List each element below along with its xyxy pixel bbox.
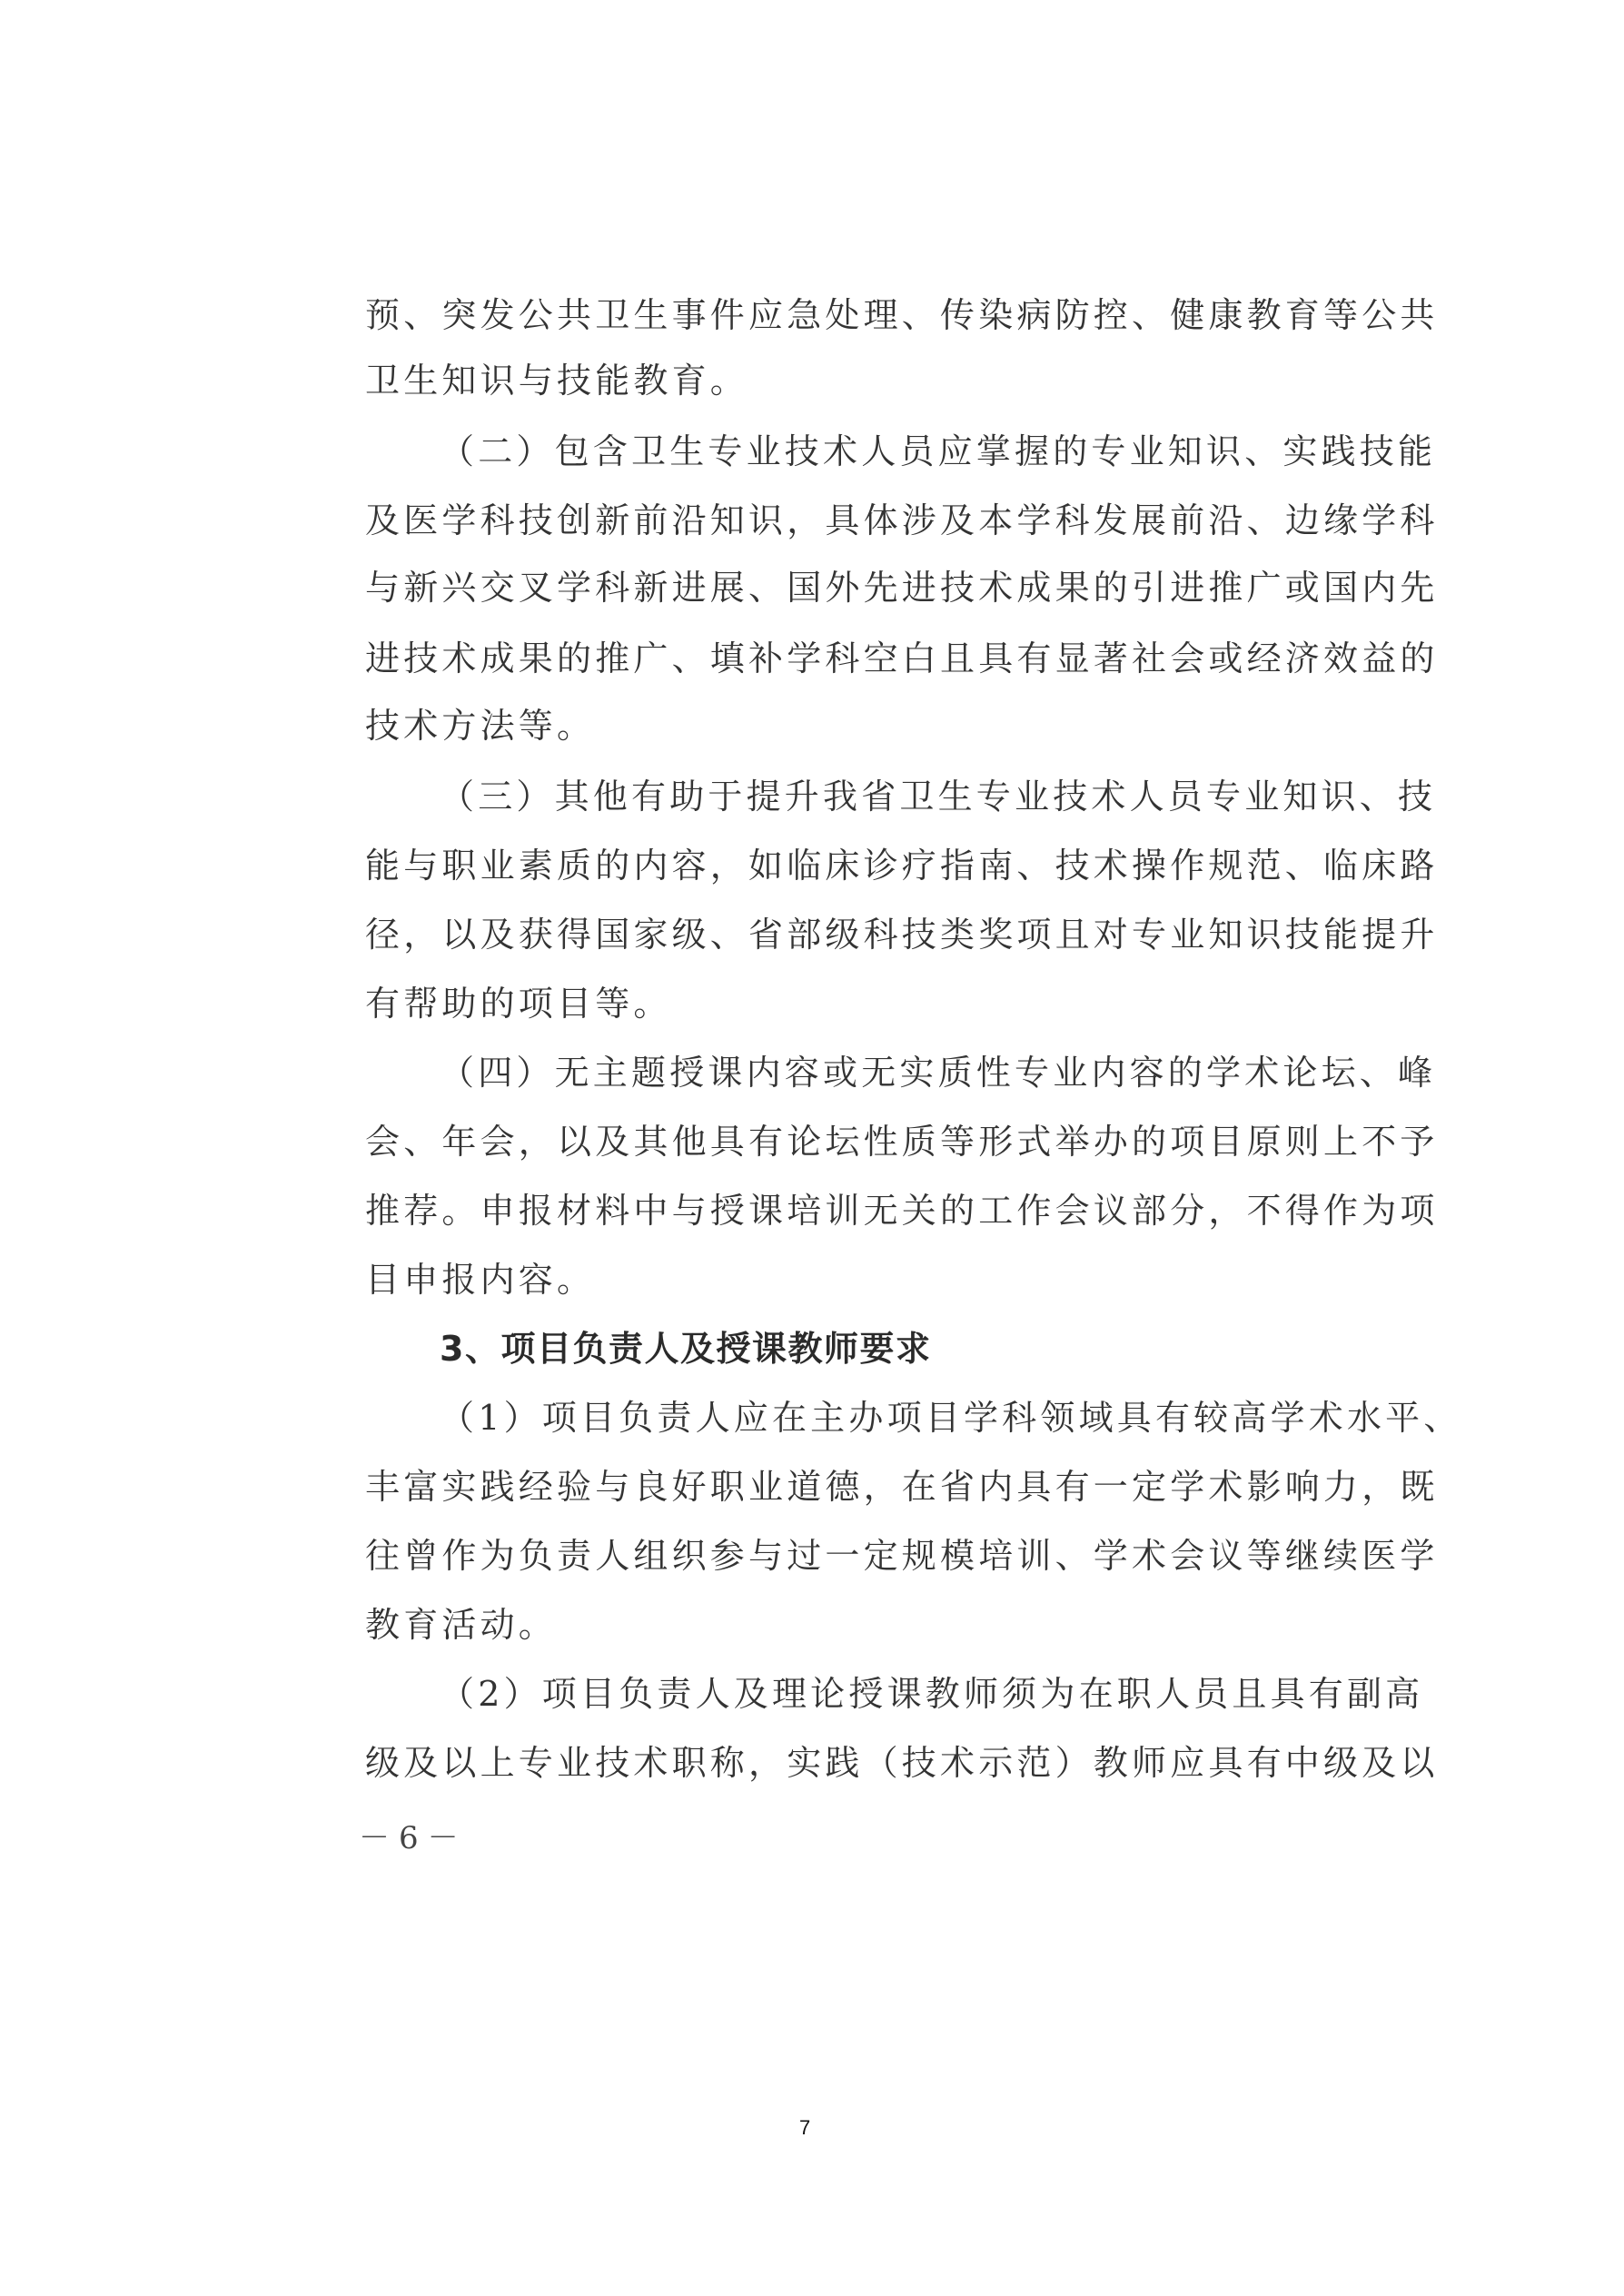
text-line: （三）其他有助于提升我省卫生专业技术人员专业知识、技 bbox=[440, 774, 1436, 819]
text-line: 往曾作为负责人组织参与过一定规模培训、学术会议等继续医学 bbox=[365, 1533, 1439, 1578]
inner-page-number: －6－ bbox=[359, 1813, 468, 1857]
text-line: 及医学科技创新前沿知识，具体涉及本学科发展前沿、边缘学科 bbox=[365, 498, 1439, 543]
text-line: （四）无主题授课内容或无实质性专业内容的学术论坛、峰 bbox=[440, 1050, 1436, 1095]
text-line: 教育活动。 bbox=[365, 1602, 557, 1648]
text-line: 级及以上专业技术职称，实践（技术示范）教师应具有中级及以 bbox=[365, 1740, 1439, 1786]
text-line: （二）包含卫生专业技术人员应掌握的专业知识、实践技能 bbox=[440, 429, 1436, 474]
text-line: 技术方法等。 bbox=[365, 703, 595, 748]
text-line: 进技术成果的推广、填补学科空白且具有显著社会或经济效益的 bbox=[365, 636, 1439, 681]
text-line: 预、突发公共卫生事件应急处理、传染病防控、健康教育等公共 bbox=[365, 292, 1439, 338]
text-line: 丰富实践经验与良好职业道德，在省内具有一定学术影响力，既 bbox=[365, 1464, 1439, 1509]
text-line: 有帮助的项目等。 bbox=[365, 981, 672, 1026]
text-line: 卫生知识与技能教育。 bbox=[365, 358, 748, 403]
text-line: （1）项目负责人应在主办项目学科领域具有较高学术水平、 bbox=[440, 1395, 1462, 1440]
text-line: 与新兴交叉学科新进展、国外先进技术成果的引进推广或国内先 bbox=[365, 565, 1439, 610]
text-line: 推荐。申报材料中与授课培训无关的工作会议部分，不得作为项 bbox=[365, 1188, 1439, 1233]
section-heading: 3、项目负责人及授课教师要求 bbox=[440, 1326, 931, 1371]
text-line: 能与职业素质的内容，如临床诊疗指南、技术操作规范、临床路 bbox=[365, 843, 1439, 888]
text-line: （2）项目负责人及理论授课教师须为在职人员且具有副高 bbox=[440, 1671, 1423, 1717]
text-line: 会、年会，以及其他具有论坛性质等形式举办的项目原则上不予 bbox=[365, 1119, 1439, 1164]
outer-page-number: 7 bbox=[799, 2116, 810, 2140]
text-line: 目申报内容。 bbox=[365, 1257, 595, 1302]
document-page: 预、突发公共卫生事件应急处理、传染病防控、健康教育等公共 卫生知识与技能教育。 … bbox=[0, 0, 1624, 2296]
text-line: 径，以及获得国家级、省部级科技类奖项且对专业知识技能提升 bbox=[365, 912, 1439, 957]
